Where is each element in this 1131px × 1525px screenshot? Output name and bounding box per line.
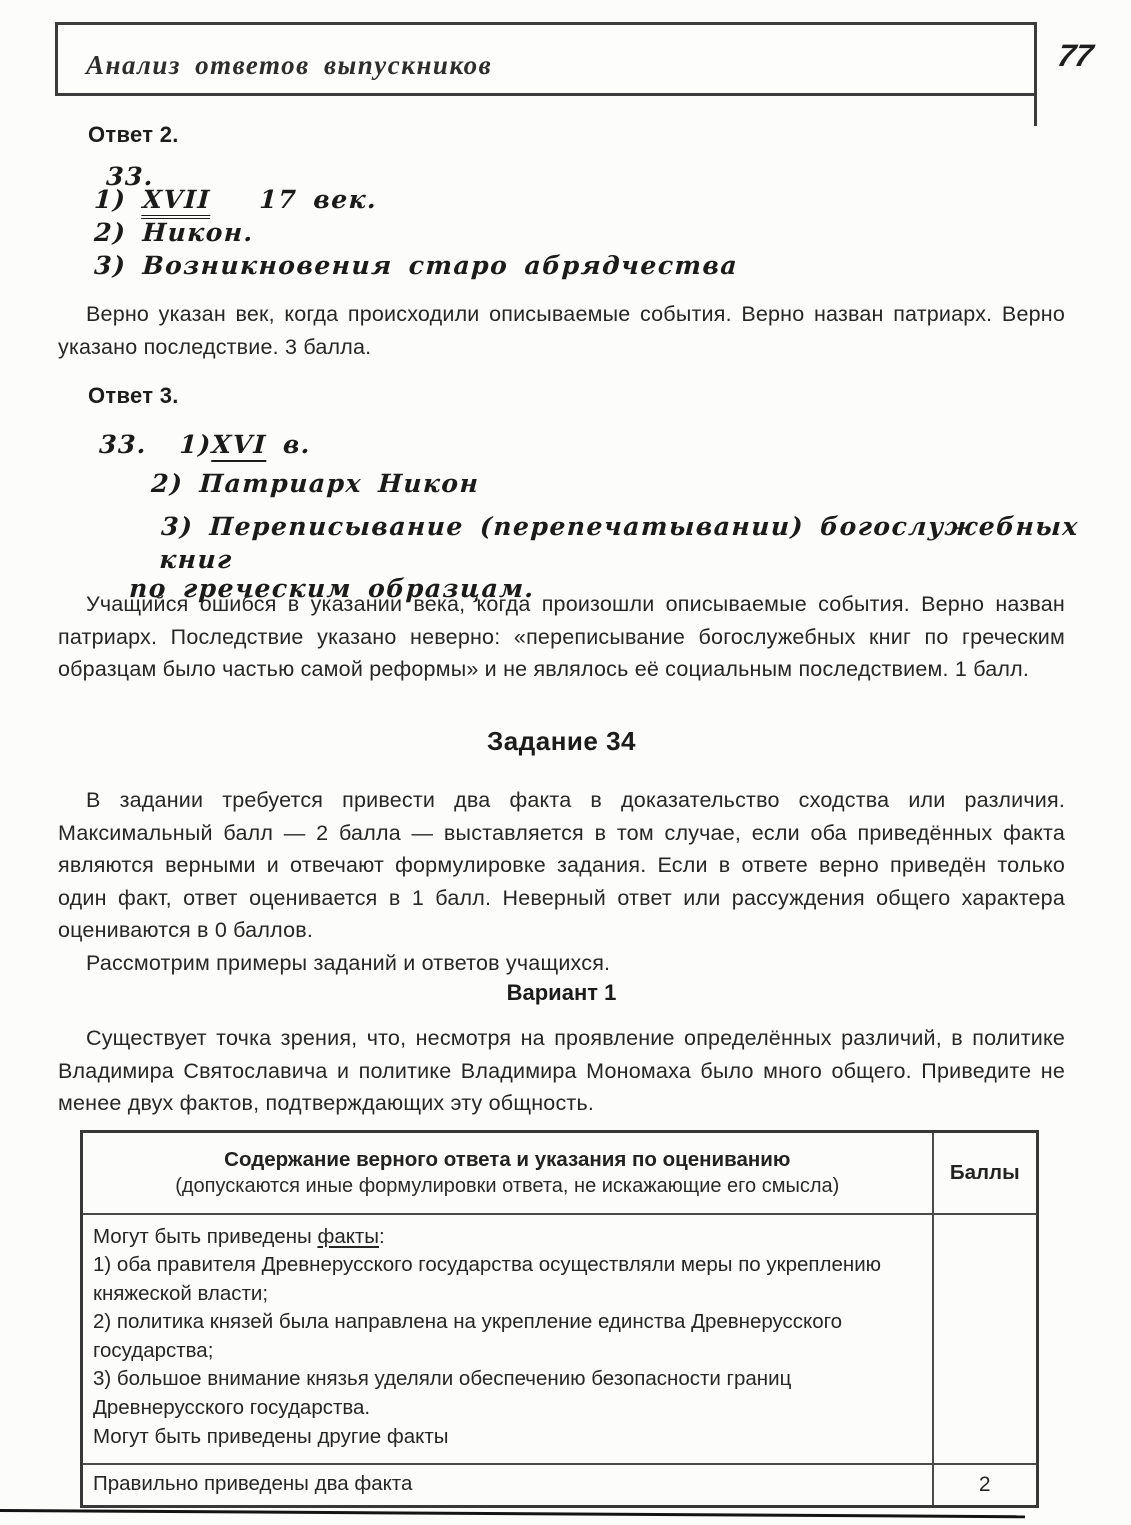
fact-item: 1) оба правителя Древнерусского государс…	[93, 1251, 920, 1308]
hw-line: 1) XVII 17 век.	[93, 183, 739, 216]
fact-item: 2) политика князей была направлена на ук…	[93, 1308, 920, 1365]
facts-intro-line: Могут быть приведены факты:	[93, 1223, 920, 1252]
answer3-comment: Учащийся ошибся в указании века, когда п…	[58, 588, 1065, 686]
task34-description: В задании требуется привести два факта в…	[58, 784, 1065, 980]
answer3-heading: Ответ 3.	[88, 383, 179, 409]
facts-intro-underlined: факты	[317, 1225, 379, 1248]
hw-line: 2) Патриарх Никон	[150, 467, 1131, 500]
hw-line: 3) Возникновения старо абрядчества	[93, 249, 739, 282]
answer2-heading: Ответ 2.	[88, 122, 179, 148]
comment-text: Верно указан век, когда происходили опис…	[58, 298, 1065, 363]
task34-heading: Задание 34	[58, 726, 1065, 757]
table-header-title: Содержание верного ответа и указания по …	[113, 1146, 902, 1173]
task34-paragraph2: Рассмотрим примеры заданий и ответов уча…	[58, 947, 1065, 980]
hw-century-underlined: XVI	[211, 430, 268, 462]
hw-line: 2) Никон.	[93, 216, 739, 249]
hw-task-number: 33.	[98, 430, 148, 459]
answer2-comment: Верно указан век, когда происходили опис…	[58, 298, 1065, 363]
hw-century-underlined: XVII	[142, 185, 212, 219]
fact-item: 3) большое внимание князья уделяли обесп…	[93, 1365, 920, 1422]
hw-marker: 1)	[93, 185, 127, 214]
table-header-content-cell: Содержание верного ответа и указания по …	[82, 1132, 933, 1214]
table-header-subtitle: (допускаются иные формулировки ответа, н…	[113, 1173, 902, 1200]
scanned-document-page: Анализ ответов выпускников 77 Ответ 2. 3…	[0, 0, 1131, 1525]
table-header-score-cell: Баллы	[933, 1132, 1038, 1214]
hw-line: 3) Переписывание (перепечатывании) богос…	[159, 510, 1131, 576]
variant1-heading: Вариант 1	[58, 980, 1065, 1006]
table-body-score-cell	[933, 1214, 1038, 1465]
score-value: 2	[933, 1464, 1038, 1506]
table-score-row: Правильно приведены два факта 2	[82, 1464, 1038, 1506]
hw-century-text: 17 век.	[259, 185, 378, 214]
facts-intro-prefix: Могут быть приведены	[93, 1225, 317, 1248]
hw-marker: 1)	[179, 430, 213, 459]
score-criterion-text: Правильно приведены два факта	[82, 1464, 933, 1506]
fact-item: Могут быть приведены другие факты	[93, 1423, 920, 1452]
hw-line: 33. 1)XVI в.	[98, 428, 1131, 461]
handwritten-answer-3: 33. 1)XVI в. 2) Патриарх Никон 3) Перепи…	[100, 428, 1131, 605]
hw-century-text: в.	[282, 430, 312, 459]
comment-text: Учащийся ошибся в указании века, когда п…	[58, 588, 1065, 686]
table-header-row: Содержание верного ответа и указания по …	[82, 1132, 1038, 1214]
page-number: 77	[1055, 38, 1096, 74]
variant1-task: Существует точка зрения, что, несмотря н…	[58, 1022, 1065, 1120]
scoring-table: Содержание верного ответа и указания по …	[80, 1130, 1039, 1508]
header-right-rule	[1034, 22, 1037, 126]
table-body-row: Могут быть приведены факты: 1) оба прави…	[82, 1214, 1038, 1465]
handwritten-answer-2: 33. 1) XVII 17 век. 2) Никон. 3) Возникн…	[95, 160, 739, 282]
facts-intro-suffix: :	[379, 1225, 385, 1248]
variant1-paragraph: Существует точка зрения, что, несмотря н…	[58, 1022, 1065, 1120]
page-title: Анализ ответов выпускников	[86, 50, 492, 81]
task34-paragraph: В задании требуется привести два факта в…	[58, 784, 1065, 947]
table-body-cell: Могут быть приведены факты: 1) оба прави…	[82, 1214, 933, 1465]
bottom-scan-line	[0, 1509, 1025, 1518]
